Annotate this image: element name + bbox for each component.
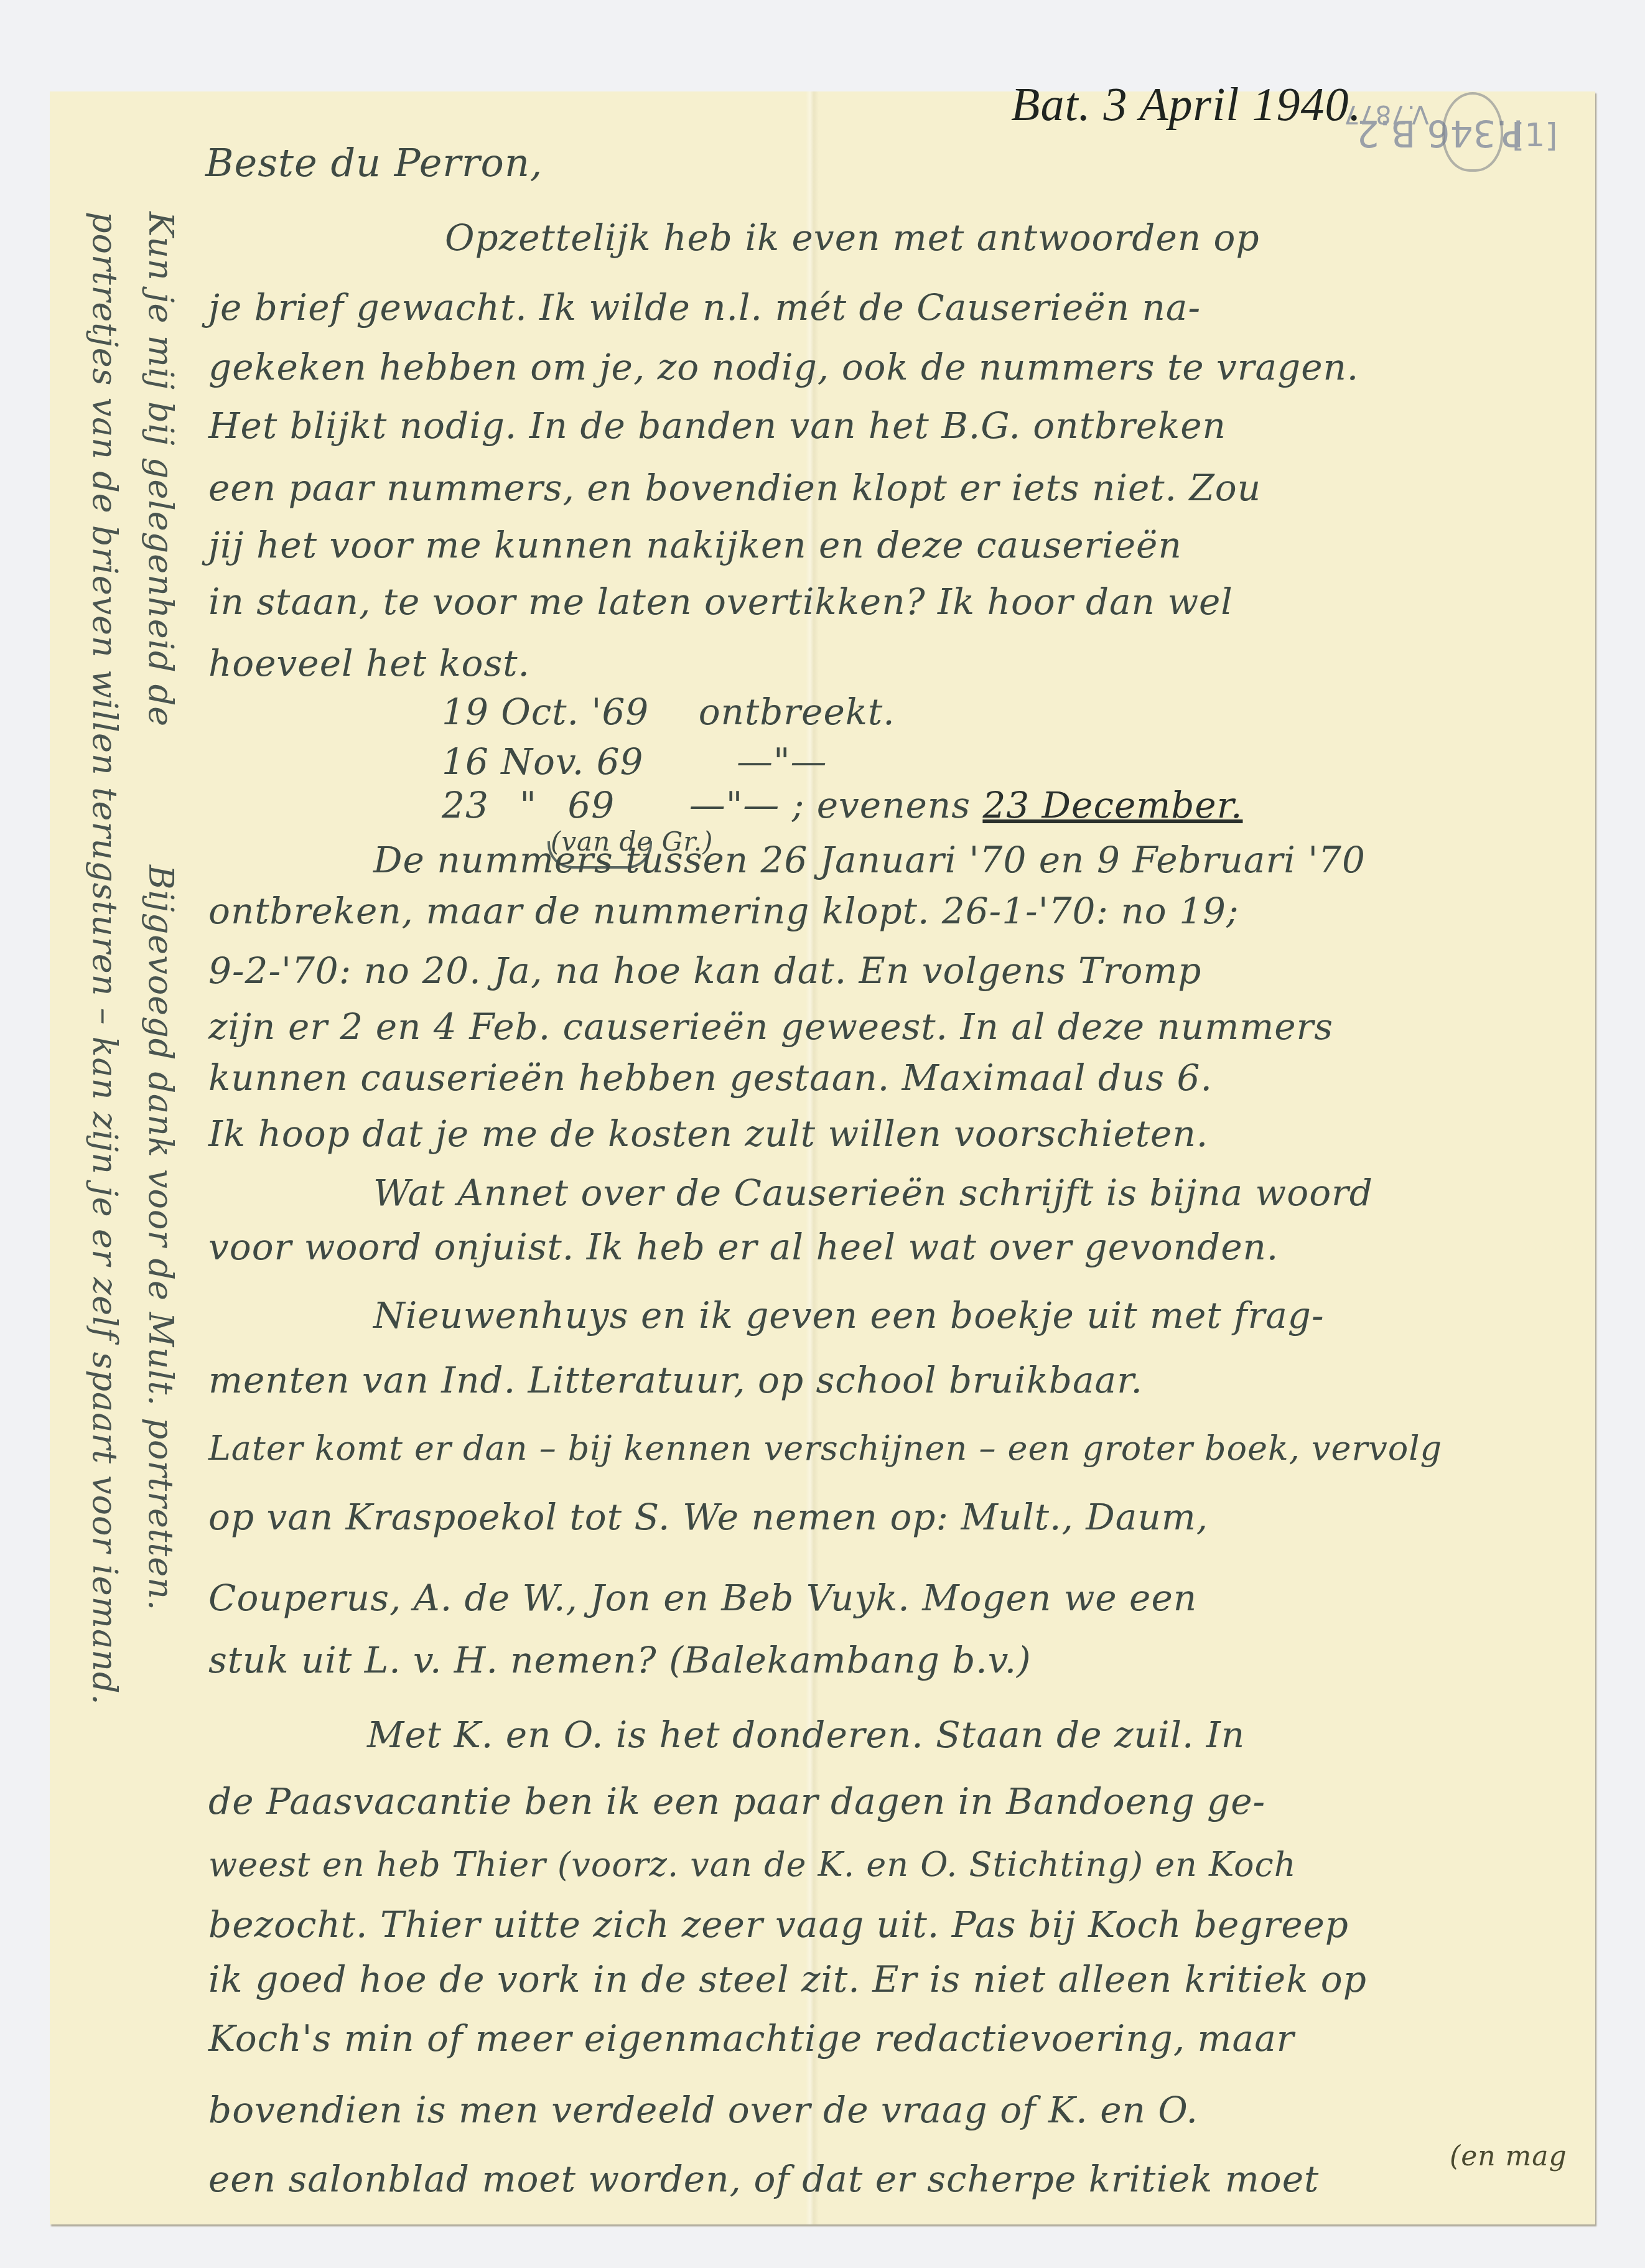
body-line: kunnen causerieën hebben gestaan. Maxima… bbox=[208, 1058, 1213, 1098]
body-line: zijn er 2 en 4 Feb. causerieën geweest. … bbox=[208, 1007, 1333, 1047]
body-line: stuk uit L. v. H. nemen? (Balekambang b.… bbox=[208, 1640, 1032, 1680]
corner-insert-note: (en mag bbox=[1450, 2140, 1567, 2172]
body-line: jij het voor me kunnen nakijken en deze … bbox=[208, 525, 1182, 565]
list-item: 23 " 69 —"— ; evenens 23 December. bbox=[442, 785, 1243, 825]
list-day: 19 bbox=[442, 691, 489, 733]
body-line: een salonblad moet worden, of dat er sch… bbox=[208, 2159, 1319, 2199]
body-line: in staan, te voor me laten overtikken? I… bbox=[208, 582, 1233, 622]
list-status: —"— ; evenens bbox=[689, 784, 971, 826]
body-line: bezocht. Thier uitte zich zeer vaag uit.… bbox=[208, 1905, 1349, 1944]
body-line: voor woord onjuist. Ik heb er al heel wa… bbox=[208, 1227, 1279, 1267]
body-line: De nummers tussen 26 Januari '70 en 9 Fe… bbox=[373, 840, 1366, 880]
body-line: op van Kraspoekol tot S. We nemen op: Mu… bbox=[208, 1497, 1208, 1537]
archive-stamp-icon bbox=[1442, 92, 1503, 172]
body-line: Ik hoop dat je me de kosten zult willen … bbox=[208, 1114, 1208, 1154]
body-line: Later komt er dan – bij kennen verschijn… bbox=[208, 1429, 1442, 1468]
margin-note-left: portretjes van de brieven willen terugst… bbox=[85, 212, 124, 1706]
list-year: '69 bbox=[591, 691, 649, 733]
list-month: " bbox=[520, 784, 537, 826]
margin-note-right-1: Kun je mij bij gelegenheid de bbox=[141, 212, 180, 727]
margin-note-right-2: Bijgevoegd dank voor de Mult. portretten… bbox=[141, 865, 180, 1611]
list-month: Nov. bbox=[501, 740, 584, 783]
body-line: 9-2-'70: no 20. Ja, na hoe kan dat. En v… bbox=[208, 951, 1201, 991]
letter-date: Bat. 3 April 1940. bbox=[1011, 78, 1361, 132]
body-line: Koch's min of meer eigenmachtige redacti… bbox=[208, 2018, 1294, 2058]
list-year: 69 bbox=[597, 740, 644, 783]
list-year: 69 bbox=[567, 784, 615, 826]
body-line: de Paasvacantie ben ik een paar dagen in… bbox=[208, 1781, 1265, 1821]
list-item: 19 Oct. '69 ontbreekt. bbox=[442, 692, 895, 732]
body-line: ontbreken, maar de nummering klopt. 26-1… bbox=[208, 891, 1239, 931]
list-status: ontbreekt. bbox=[699, 691, 895, 733]
list-status: —"— bbox=[737, 740, 827, 783]
archival-sequence: [1] bbox=[1512, 117, 1558, 154]
body-line: gekeken hebben om je, zo nodig, ook de n… bbox=[208, 347, 1359, 387]
body-line: Met K. en O. is het donderen. Staan de z… bbox=[367, 1715, 1245, 1755]
list-day: 23 bbox=[442, 784, 489, 826]
body-line: weest en heb Thier (voorz. van de K. en … bbox=[208, 1845, 1296, 1885]
body-line: bovendien is men verdeeld over de vraag … bbox=[208, 2090, 1198, 2130]
body-line: je brief gewacht. Ik wilde n.l. mét de C… bbox=[208, 287, 1201, 327]
list-item: 16 Nov. 69 —"— bbox=[442, 742, 827, 782]
salutation: Beste du Perron, bbox=[205, 140, 543, 185]
body-line: Opzettelijk heb ik even met antwoorden o… bbox=[445, 218, 1260, 258]
body-line: Het blijkt nodig. In de banden van het B… bbox=[208, 406, 1226, 446]
body-line: hoeveel het kost. bbox=[208, 643, 530, 683]
list-extra: 23 December. bbox=[982, 784, 1242, 826]
body-line: menten van Ind. Litteratuur, op school b… bbox=[208, 1360, 1143, 1400]
body-line: ik goed hoe de vork in de steel zit. Er … bbox=[208, 1959, 1367, 1999]
body-line: Couperus, A. de W., Jon en Beb Vuyk. Mog… bbox=[208, 1578, 1197, 1618]
body-line: een paar nummers, en bovendien klopt er … bbox=[208, 468, 1261, 508]
list-day: 16 bbox=[442, 740, 489, 783]
body-line: Wat Annet over de Causerieën schrijft is… bbox=[373, 1173, 1373, 1213]
body-line: Nieuwenhuys en ik geven een boekje uit m… bbox=[373, 1295, 1324, 1335]
list-month: Oct. bbox=[501, 691, 579, 733]
